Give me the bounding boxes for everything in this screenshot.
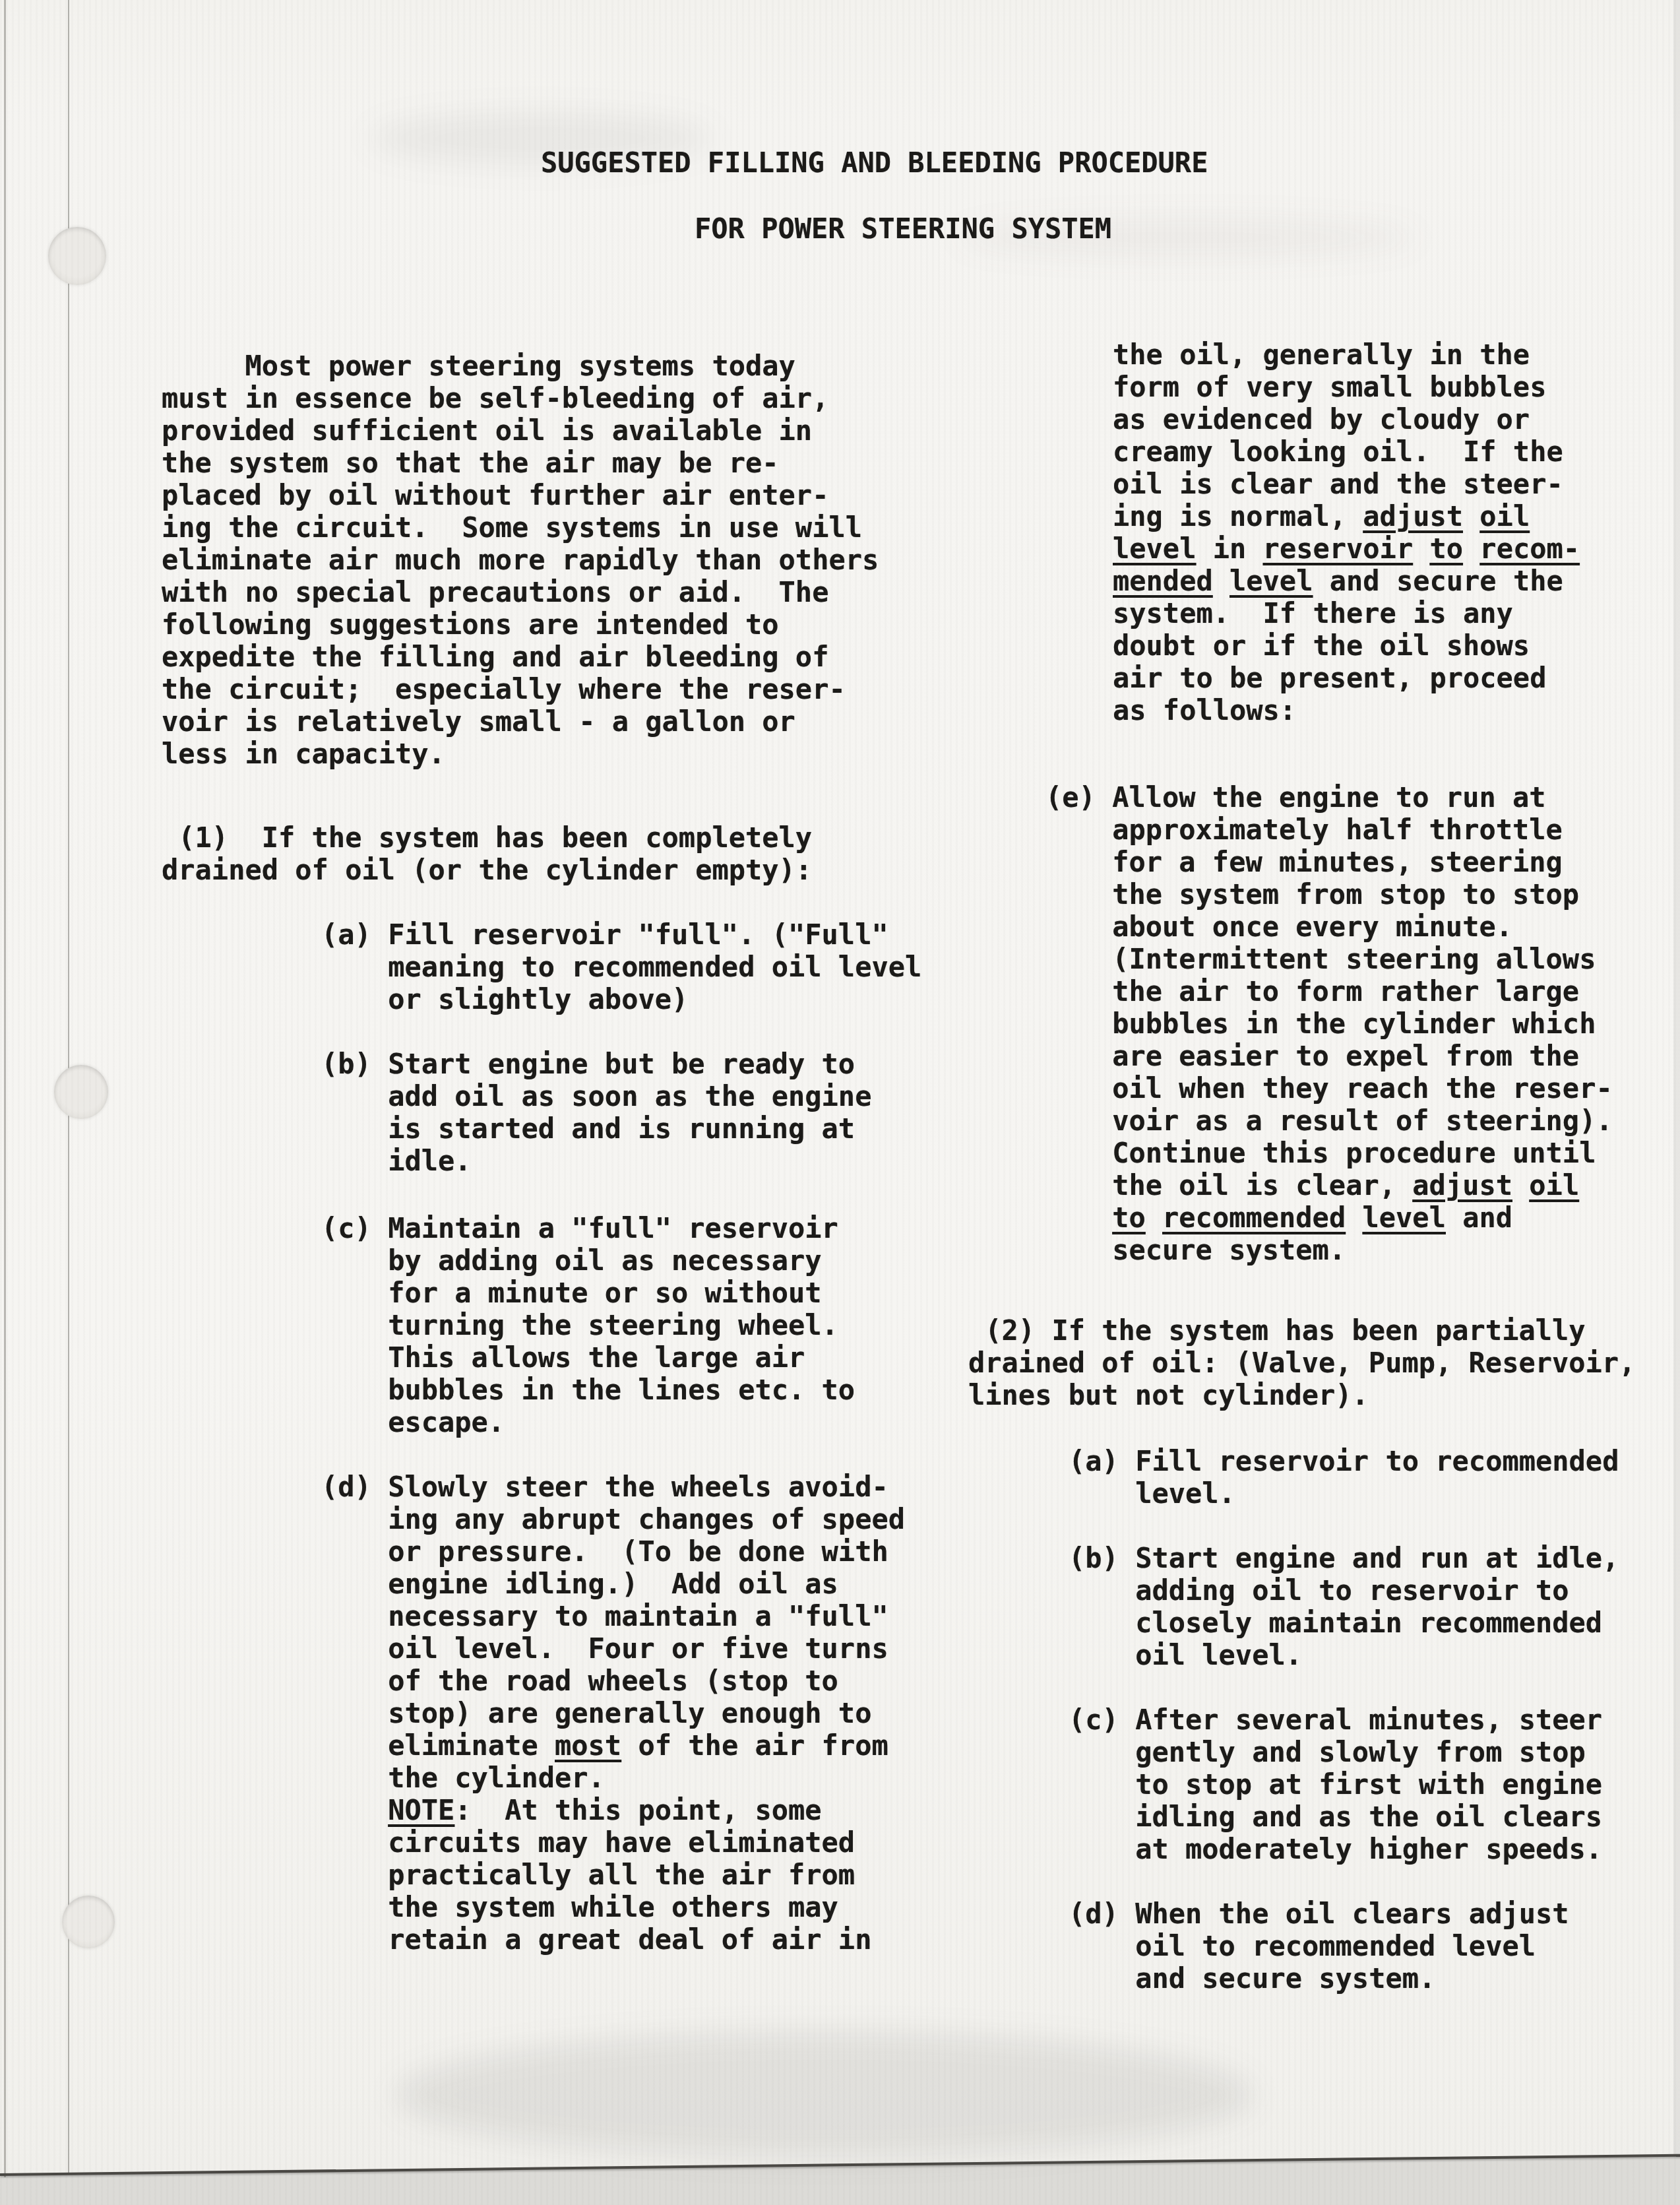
paragraph-item-2c: (c) After several minutes, steer gently … bbox=[1069, 1704, 1602, 1865]
document-title: SUGGESTED FILLING AND BLEEDING PROCEDURE bbox=[541, 146, 1208, 179]
punch-hole-middle bbox=[54, 1065, 108, 1119]
paragraph-continuation: the oil, generally in the form of very s… bbox=[1113, 338, 1580, 726]
paragraph-item-2a: (a) Fill reservoir to recommended level. bbox=[1069, 1445, 1619, 1510]
paragraph-item-1e: (e) Allow the engine to run at approxima… bbox=[1045, 781, 1613, 1266]
paragraph-item-1a: (a) Fill reservoir "full". ("Full" meani… bbox=[321, 918, 921, 1015]
punch-hole-top bbox=[48, 227, 106, 285]
scan-left-edge bbox=[4, 0, 6, 2177]
document-subtitle: FOR POWER STEERING SYSTEM bbox=[695, 212, 1111, 245]
punch-hole-bottom bbox=[62, 1896, 115, 1948]
scan-right-edge bbox=[1673, 0, 1680, 2155]
paragraph-item-1b: (b) Start engine but be ready to add oil… bbox=[321, 1048, 871, 1177]
paragraph-item-2b: (b) Start engine and run at idle, adding… bbox=[1069, 1542, 1619, 1671]
paragraph-item-1d: (d) Slowly steer the wheels avoid- ing a… bbox=[321, 1471, 905, 1956]
paragraph-item-2d: (d) When the oil clears adjust oil to re… bbox=[1069, 1898, 1569, 1995]
paragraph-item-2: (2) If the system has been partially dra… bbox=[968, 1314, 1635, 1411]
paragraph-item-1: (1) If the system has been completely dr… bbox=[162, 821, 812, 886]
paragraph-item-1c: (c) Maintain a "full" reservoir by addin… bbox=[321, 1212, 855, 1438]
paragraph-intro: Most power steering systems today must i… bbox=[162, 350, 879, 770]
